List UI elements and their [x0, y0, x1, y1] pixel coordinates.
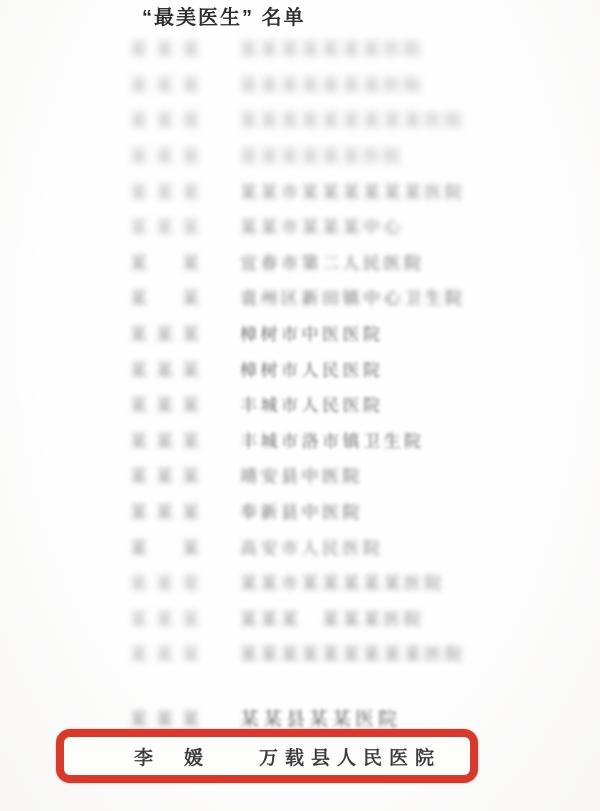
doctor-name: 某某某 — [130, 35, 230, 60]
hospital-name: 某某某 某某某医院 — [240, 605, 425, 630]
list-row: 某某某某某某某某某某某某医院 — [0, 635, 600, 671]
hospital-name: 某某县某某医院 — [240, 704, 401, 731]
hospital-name: 高安市人民医院 — [240, 534, 384, 559]
document-page: “最美医生” 名单 某某某某某某某某某某医院某某某某某某某某某某医院某某某某某某… — [0, 0, 600, 811]
list-row: 某某某某某某某某某医院 — [0, 137, 600, 173]
hospital-name: 奉新县中医院 — [240, 498, 363, 523]
hospital-name: 丰城市人民医院 — [240, 391, 384, 416]
list-row: 某 某宜春市第二人民医院 — [0, 244, 600, 280]
doctor-name: 某某某 — [130, 498, 230, 523]
doctor-name: 某某某 — [130, 605, 230, 630]
list-row: 某某某某某市某某某某某某医院 — [0, 172, 600, 208]
doctor-name: 某某某 — [130, 569, 230, 594]
hospital-name: 宜春市第二人民医院 — [240, 249, 425, 274]
hospital-name: 某某某某某某某医院 — [240, 35, 425, 60]
doctor-name: 某某某 — [130, 462, 230, 487]
list-row: 某某某樟树市人民医院 — [0, 350, 600, 386]
list-row: 某某某某某市某某某某某医院 — [0, 564, 600, 600]
list-row: 某某某丰城市洛市镇卫生院 — [0, 422, 600, 458]
list-row: 某某某某某某某某某某医院 — [0, 30, 600, 66]
hospital-name: 某某某某某某医院 — [240, 142, 404, 167]
highlight-box: 李 媛 万载县人民医院 — [56, 729, 478, 783]
doctor-name: 某某某 — [130, 142, 230, 167]
doctor-name: 某 某 — [130, 534, 230, 559]
doctor-name: 某某某 — [130, 213, 230, 238]
list-row: 某某某樟树市中医医院 — [0, 315, 600, 351]
page-title: “最美医生” 名单 — [142, 1, 306, 30]
list-row: 某 某袁州区新田镇中心卫生院 — [0, 279, 600, 315]
hospital-name: 某某市某某某某某某医院 — [240, 178, 466, 203]
list-row: 某某某丰城市人民医院 — [0, 386, 600, 422]
doctor-name: 某某某 — [130, 705, 230, 730]
hospital-name: 某某市某某某中心 — [240, 213, 404, 238]
doctor-name: 某某某 — [130, 391, 230, 416]
doctor-name: 某某某 — [130, 178, 230, 203]
list-row: 某某某某某某某某某某某某医院 — [0, 101, 600, 137]
doctor-name: 某某某 — [130, 320, 230, 345]
list-row: 某某某某某市某某某中心 — [0, 208, 600, 244]
hospital-name: 某某某某某某某医院 — [240, 71, 425, 96]
list-row: 某某某某某某某某某某医院 — [0, 66, 600, 102]
doctor-name: 某某某 — [130, 427, 230, 452]
hospital-name: 丰城市洛市镇卫生院 — [240, 427, 425, 452]
hospital-name: 袁州区新田镇中心卫生院 — [240, 284, 466, 309]
hospital-name: 樟树市人民医院 — [240, 356, 384, 381]
doctor-name: 某某某 — [130, 640, 230, 665]
doctor-name: 某 某 — [130, 249, 230, 274]
doctor-name: 某某某 — [130, 356, 230, 381]
list-row: 某某某某某某 某某某医院 — [0, 600, 600, 636]
highlighted-doctor-name: 李 媛 — [134, 743, 209, 770]
doctor-name: 某某某 — [130, 106, 230, 131]
doctor-name: 某 某 — [130, 284, 230, 309]
doctor-name: 某某某 — [130, 71, 230, 96]
hospital-name: 靖安县中医院 — [240, 462, 363, 487]
hospital-name: 某某某某某某某某某医院 — [240, 106, 466, 131]
list-row: 某 某高安市人民医院 — [0, 528, 600, 564]
hospital-name: 樟树市中医医院 — [240, 320, 384, 345]
doctor-list: 某某某某某某某某某某医院某某某某某某某某某某医院某某某某某某某某某某某某医院某某… — [0, 30, 600, 671]
list-row: 某某某靖安县中医院 — [0, 457, 600, 493]
list-row: 某某某奉新县中医院 — [0, 493, 600, 529]
hospital-name: 某某某某某某某某某医院 — [240, 640, 466, 665]
highlighted-hospital-name: 万载县人民医院 — [259, 743, 441, 770]
hospital-name: 某某市某某某某某医院 — [240, 569, 445, 594]
